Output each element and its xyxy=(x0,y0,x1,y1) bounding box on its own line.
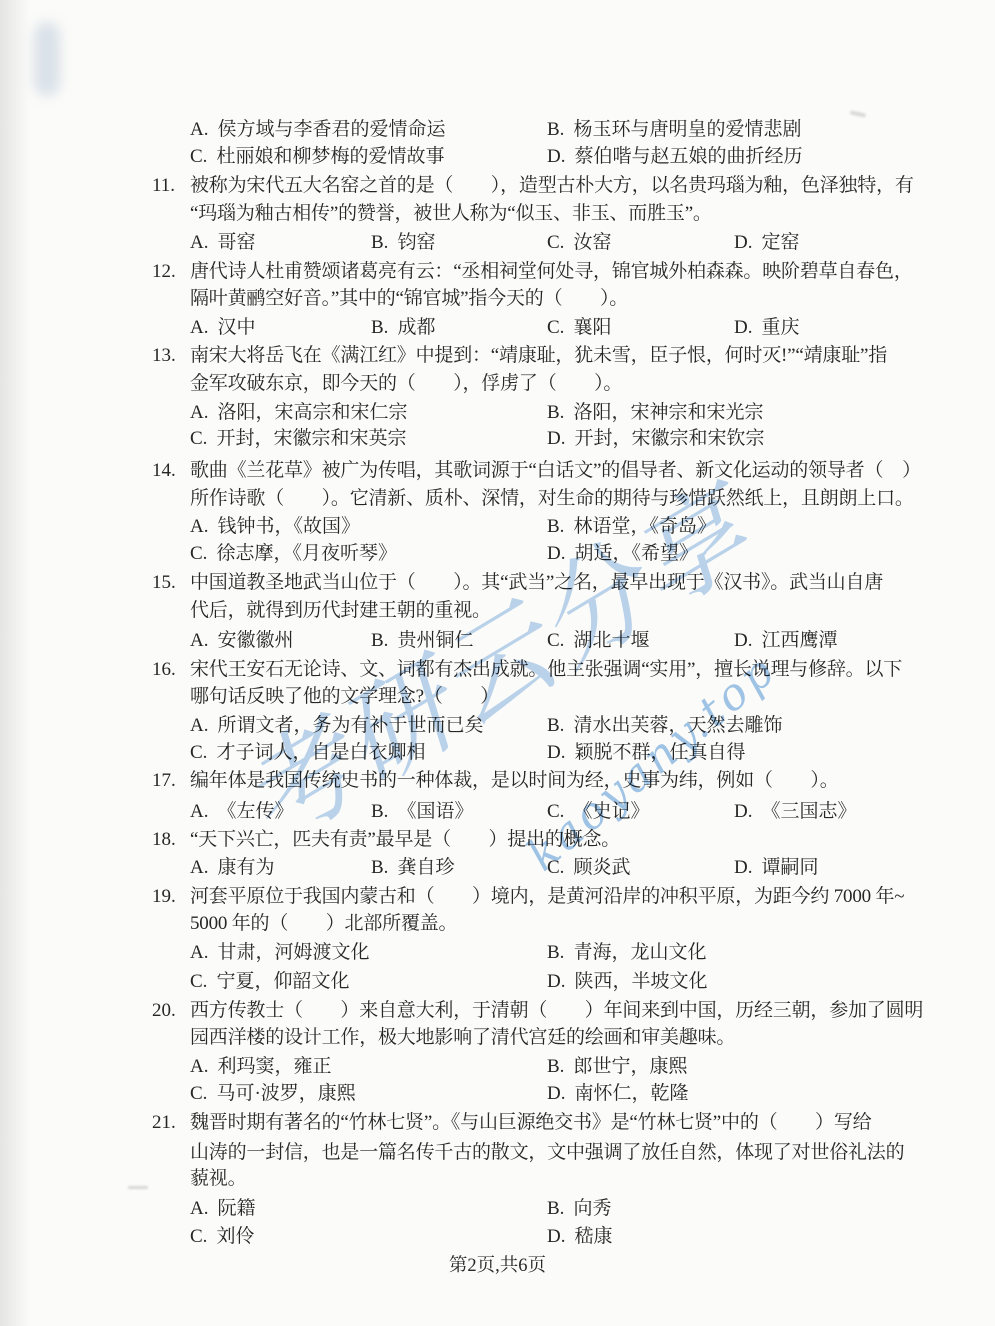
option-row: A.钱钟书，《故国》 B.林语堂，《奇岛》 xyxy=(140,512,970,541)
option-label: A. xyxy=(190,801,208,822)
option-text: 南怀仁，乾隆 xyxy=(574,1083,688,1104)
option-text: 杜丽娘和柳梦梅的爱情故事 xyxy=(216,146,444,167)
question-text: 山涛的一封信，也是一篇名传千古的散文，文中强调了放任自然，体现了对世俗礼法的 xyxy=(190,1138,904,1167)
option-label: A. xyxy=(190,630,208,651)
option-row: C.刘伶 D.嵇康 xyxy=(140,1222,970,1251)
option-label: D. xyxy=(734,630,752,651)
option: B.成都 xyxy=(371,313,435,342)
option-label: B. xyxy=(371,630,388,651)
option-text: 汉中 xyxy=(217,317,255,338)
option: B.林语堂，《奇岛》 xyxy=(547,512,716,541)
question-line: 哪句话反映了他的文学理念?（ ） xyxy=(140,682,970,711)
question-text: 南宋大将岳飞在《满江红》中提到：“靖康耻，犹未雪，臣子恨，何时灭!”“靖康耻”指 xyxy=(190,341,887,370)
option-label: B. xyxy=(547,715,564,736)
option-text: 才子词人，自是白衣卿相 xyxy=(216,742,425,763)
option: A.钱钟书，《故国》 xyxy=(190,512,360,541)
option-label: C. xyxy=(547,317,564,338)
option-text: 侯方域与李香君的爱情命运 xyxy=(217,119,445,140)
scanned-exam-page: A.侯方域与李香君的爱情命运 B.杨玉环与唐明皇的爱情悲剧 C.杜丽娘和柳梦梅的… xyxy=(0,0,995,1326)
option-label: D. xyxy=(547,742,565,763)
option-text: 利玛窦，雍正 xyxy=(217,1056,331,1077)
option-text: 清水出芙蓉，天然去雕饰 xyxy=(573,715,782,736)
option: A.《左传》 xyxy=(190,797,294,826)
option-text: 洛阳，宋高宗和宋仁宗 xyxy=(217,402,407,423)
question-number: 15. xyxy=(152,568,176,597)
option-label: D. xyxy=(547,428,565,449)
option: D.陕西，半坡文化 xyxy=(547,967,708,996)
option-text: 哥窑 xyxy=(217,232,255,253)
question-text: 哪句话反映了他的文学理念?（ ） xyxy=(190,682,499,711)
option: C.汝窑 xyxy=(547,228,611,257)
option-label: D. xyxy=(734,801,752,822)
option-text: 刘伶 xyxy=(216,1226,254,1247)
option-row: A.《左传》 B.《国语》 C.《史记》 D.《三国志》 xyxy=(140,797,970,826)
option-row: C.马可·波罗，康熙 D.南怀仁，乾隆 xyxy=(140,1079,970,1108)
question-text: 园西洋楼的设计工作，极大地影响了清代宫廷的绘画和审美趣味。 xyxy=(190,1023,735,1052)
option: B.龚自珍 xyxy=(371,853,454,882)
question-text: “玛瑙为釉古相传”的赞誉，被世人称为“似玉、非玉、而胜玉”。 xyxy=(190,199,712,228)
option: A.康有为 xyxy=(190,853,275,882)
question-text: 隔叶黄鹂空好音。”其中的“锦官城”指今天的（ ）。 xyxy=(190,284,628,313)
option-label: A. xyxy=(190,516,208,537)
option-label: C. xyxy=(547,857,564,878)
option: C.襄阳 xyxy=(547,313,611,342)
exam-content: A.侯方域与李香君的爱情命运 B.杨玉环与唐明皇的爱情悲剧 C.杜丽娘和柳梦梅的… xyxy=(0,0,995,1326)
option: D.《三国志》 xyxy=(734,797,857,826)
question-text: 河套平原位于我国内蒙古和（ ）境内，是黄河沿岸的冲积平原，为距今约 7000 年… xyxy=(190,882,904,911)
option-label: A. xyxy=(190,1198,208,1219)
option: A.阮籍 xyxy=(190,1194,256,1223)
option-text: 康有为 xyxy=(217,857,274,878)
option-label: B. xyxy=(547,942,564,963)
question-text: 藐视。 xyxy=(190,1164,246,1193)
option: B.《国语》 xyxy=(371,797,473,826)
question-line: 14. 歌曲《兰花草》被广为传唱，其歌词源于“白话文”的倡导者、新文化运动的领导… xyxy=(140,456,970,485)
option-text: 徐志摩，《月夜听琴》 xyxy=(216,543,397,564)
option: A.利玛窦，雍正 xyxy=(190,1052,332,1081)
question-text: 金军攻破东京，即今天的（ ），俘虏了（ ）。 xyxy=(190,369,622,398)
question-line: “玛瑙为釉古相传”的赞誉，被世人称为“似玉、非玉、而胜玉”。 xyxy=(140,199,970,228)
option-label: C. xyxy=(190,543,207,564)
question-text: “天下兴亡，匹夫有责”最早是（ ）提出的概念。 xyxy=(190,825,620,854)
option-row: A.康有为 B.龚自珍 C.顾炎武 D.谭嗣同 xyxy=(140,853,970,882)
question-text: 西方传教士（ ）来自意大利，于清朝（ ）年间来到中国，历经三朝，参加了圆明 xyxy=(190,996,923,1025)
option-text: 胡适，《希望》 xyxy=(574,543,698,564)
question-line: 金军攻破东京，即今天的（ ），俘虏了（ ）。 xyxy=(140,369,970,398)
option-text: 《国语》 xyxy=(397,801,473,822)
option-row: C.才子词人，自是白衣卿相 D.颖脱不群，任真自得 xyxy=(140,738,970,767)
option-label: B. xyxy=(547,402,564,423)
option-row: A.阮籍 B.向秀 xyxy=(140,1194,970,1223)
option: D.定窑 xyxy=(734,228,800,257)
option-text: 贵州铜仁 xyxy=(397,630,473,651)
option: D.南怀仁，乾隆 xyxy=(547,1079,689,1108)
option-text: 开封，宋徽宗和宋英宗 xyxy=(216,428,406,449)
option: B.清水出芙蓉，天然去雕饰 xyxy=(547,711,782,740)
question-line: 藐视。 xyxy=(140,1164,970,1193)
option-label: B. xyxy=(547,119,564,140)
option-row: A.安徽徽州 B.贵州铜仁 C.湖北十堰 D.江西鹰潭 xyxy=(140,626,970,655)
question-text: 编年体是我国传统史书的一种体裁，是以时间为经，史事为纬，例如（ ）。 xyxy=(190,766,839,795)
option: C.才子词人，自是白衣卿相 xyxy=(190,738,425,767)
question-text: 被称为宋代五大名窑之首的是（ ），造型古朴大方，以名贵玛瑙为釉，色泽独特，有 xyxy=(190,171,914,200)
option: D.蔡伯喈与赵五娘的曲折经历 xyxy=(547,142,803,171)
question-number: 16. xyxy=(152,655,176,684)
question-number: 12. xyxy=(152,257,176,286)
question-text: 宋代王安石无论诗、文、词都有杰出成就。他主张强调“实用”，擅长说理与修辞。以下 xyxy=(190,655,902,684)
option-row: C.宁夏，仰韶文化 D.陕西，半坡文化 xyxy=(140,967,970,996)
option: A.洛阳，宋高宗和宋仁宗 xyxy=(190,398,408,427)
question-number: 14. xyxy=(152,456,176,485)
option-text: 《左传》 xyxy=(217,801,293,822)
option-text: 定窑 xyxy=(761,232,799,253)
question-number: 20. xyxy=(152,996,176,1025)
option-label: A. xyxy=(190,715,208,736)
question-number: 21. xyxy=(152,1108,176,1137)
option-text: 所谓文者，务为有补于世而已矣 xyxy=(217,715,483,736)
option-label: A. xyxy=(190,317,208,338)
option-label: A. xyxy=(190,857,208,878)
option-text: 湖北十堰 xyxy=(573,630,649,651)
option-label: B. xyxy=(371,857,388,878)
option-label: C. xyxy=(547,630,564,651)
question-line: 5000 年的（ ）北部所覆盖。 xyxy=(140,909,970,938)
option-text: 钧窑 xyxy=(397,232,435,253)
question-text: 唐代诗人杜甫赞颂诸葛亮有云：“丞相祠堂何处寻，锦官城外柏森森。映阶碧草自春色， xyxy=(190,257,913,286)
option-text: 马可·波罗，康熙 xyxy=(216,1083,355,1104)
option-label: A. xyxy=(190,232,208,253)
option: B.郎世宁，康熙 xyxy=(547,1052,687,1081)
option-text: 杨玉环与唐明皇的爱情悲剧 xyxy=(573,119,801,140)
option: C.马可·波罗，康熙 xyxy=(190,1079,356,1108)
option: D.颖脱不群，任真自得 xyxy=(547,738,746,767)
option-label: D. xyxy=(734,232,752,253)
option-text: 顾炎武 xyxy=(573,857,630,878)
option-text: 汝窑 xyxy=(573,232,611,253)
option: A.侯方域与李香君的爱情命运 xyxy=(190,115,446,144)
question-text: 歌曲《兰花草》被广为传唱，其歌词源于“白话文”的倡导者、新文化运动的领导者（ ） xyxy=(190,456,921,485)
question-line: 20. 西方传教士（ ）来自意大利，于清朝（ ）年间来到中国，历经三朝，参加了圆… xyxy=(140,996,970,1025)
option-text: 江西鹰潭 xyxy=(761,630,837,651)
option-label: B. xyxy=(371,232,388,253)
option: A.汉中 xyxy=(190,313,256,342)
question-number: 17. xyxy=(152,766,176,795)
option-row: C.徐志摩，《月夜听琴》 D.胡适，《希望》 xyxy=(140,539,970,568)
question-line: 12. 唐代诗人杜甫赞颂诸葛亮有云：“丞相祠堂何处寻，锦官城外柏森森。映阶碧草自… xyxy=(140,257,970,286)
option-row: A.洛阳，宋高宗和宋仁宗 B.洛阳，宋神宗和宋光宗 xyxy=(140,398,970,427)
option: C.开封，宋徽宗和宋英宗 xyxy=(190,424,406,453)
option: B.洛阳，宋神宗和宋光宗 xyxy=(547,398,763,427)
option: A.安徽徽州 xyxy=(190,626,294,655)
option-row: A.所谓文者，务为有补于世而已矣 B.清水出芙蓉，天然去雕饰 xyxy=(140,711,970,740)
option-text: 开封，宋徽宗和宋钦宗 xyxy=(574,428,764,449)
option-label: A. xyxy=(190,119,208,140)
option-label: C. xyxy=(547,801,564,822)
option-text: 嵇康 xyxy=(574,1226,612,1247)
option-row: C.开封，宋徽宗和宋英宗 D.开封，宋徽宗和宋钦宗 xyxy=(140,424,970,453)
option-label: B. xyxy=(547,1056,564,1077)
option: D.嵇康 xyxy=(547,1222,613,1251)
option: D.重庆 xyxy=(734,313,800,342)
option: B.钧窑 xyxy=(371,228,435,257)
question-line: 隔叶黄鹂空好音。”其中的“锦官城”指今天的（ ）。 xyxy=(140,284,970,313)
question-line: 园西洋楼的设计工作，极大地影响了清代宫廷的绘画和审美趣味。 xyxy=(140,1023,970,1052)
option: C.顾炎武 xyxy=(547,853,630,882)
option-row: C.杜丽娘和柳梦梅的爱情故事 D.蔡伯喈与赵五娘的曲折经历 xyxy=(140,142,970,171)
question-number: 13. xyxy=(152,341,176,370)
option: B.杨玉环与唐明皇的爱情悲剧 xyxy=(547,115,801,144)
question-line: 21. 魏晋时期有著名的“竹林七贤”。《与山巨源绝交书》是“竹林七贤”中的（ ）… xyxy=(140,1108,970,1137)
question-line: 18. “天下兴亡，匹夫有责”最早是（ ）提出的概念。 xyxy=(140,825,970,854)
option: B.向秀 xyxy=(547,1194,611,1223)
option: D.谭嗣同 xyxy=(734,853,819,882)
option-text: 林语堂，《奇岛》 xyxy=(573,516,716,537)
option-text: 颖脱不群，任真自得 xyxy=(574,742,745,763)
option-text: 安徽徽州 xyxy=(217,630,293,651)
option: C.《史记》 xyxy=(547,797,649,826)
option-label: C. xyxy=(190,1083,207,1104)
question-line: 山涛的一封信，也是一篇名传千古的散文，文中强调了放任自然，体现了对世俗礼法的 xyxy=(140,1138,970,1167)
question-line: 代后，就得到历代封建王朝的重视。 xyxy=(140,596,970,625)
option: C.刘伶 xyxy=(190,1222,254,1251)
option-label: C. xyxy=(190,971,207,992)
option: A.所谓文者，务为有补于世而已矣 xyxy=(190,711,484,740)
option-text: 洛阳，宋神宗和宋光宗 xyxy=(573,402,763,423)
option-text: 成都 xyxy=(397,317,435,338)
option-text: 蔡伯喈与赵五娘的曲折经历 xyxy=(574,146,802,167)
option-text: 陕西，半坡文化 xyxy=(574,971,707,992)
option-label: C. xyxy=(547,232,564,253)
question-text: 5000 年的（ ）北部所覆盖。 xyxy=(190,909,457,938)
option-row: A.甘肃，河姆渡文化 B.青海，龙山文化 xyxy=(140,938,970,967)
option-label: C. xyxy=(190,146,207,167)
option-label: C. xyxy=(190,428,207,449)
option-text: 襄阳 xyxy=(573,317,611,338)
option-label: D. xyxy=(547,1083,565,1104)
question-line: 所作诗歌（ ）。它清新、质朴、深情，对生命的期待与珍惜跃然纸上，且朗朗上口。 xyxy=(140,484,970,513)
option: D.开封，宋徽宗和宋钦宗 xyxy=(547,424,765,453)
option-label: D. xyxy=(547,971,565,992)
option-text: 钱钟书，《故国》 xyxy=(217,516,360,537)
option: C.杜丽娘和柳梦梅的爱情故事 xyxy=(190,142,444,171)
question-line: 19. 河套平原位于我国内蒙古和（ ）境内，是黄河沿岸的冲积平原，为距今约 70… xyxy=(140,882,970,911)
option-text: 甘肃，河姆渡文化 xyxy=(217,942,369,963)
option-row: A.汉中 B.成都 C.襄阳 D.重庆 xyxy=(140,313,970,342)
question-text: 中国道教圣地武当山位于（ ）。其“武当”之名，最早出现于《汉书》。武当山自唐 xyxy=(190,568,883,597)
option-text: 宁夏，仰韶文化 xyxy=(216,971,349,992)
option-text: 《史记》 xyxy=(573,801,649,822)
option: B.青海，龙山文化 xyxy=(547,938,706,967)
option-label: D. xyxy=(547,1226,565,1247)
question-text: 代后，就得到历代封建王朝的重视。 xyxy=(190,596,491,625)
question-line: 17. 编年体是我国传统史书的一种体裁，是以时间为经，史事为纬，例如（ ）。 xyxy=(140,766,970,795)
option-text: 阮籍 xyxy=(217,1198,255,1219)
option: A.甘肃，河姆渡文化 xyxy=(190,938,370,967)
option-label: D. xyxy=(547,543,565,564)
option-text: 重庆 xyxy=(761,317,799,338)
option-label: C. xyxy=(190,1226,207,1247)
question-line: 16. 宋代王安石无论诗、文、词都有杰出成就。他主张强调“实用”，擅长说理与修辞… xyxy=(140,655,970,684)
option-label: D. xyxy=(547,146,565,167)
option-text: 龚自珍 xyxy=(397,857,454,878)
question-number: 18. xyxy=(152,825,176,854)
question-text: 所作诗歌（ ）。它清新、质朴、深情，对生命的期待与珍惜跃然纸上，且朗朗上口。 xyxy=(190,484,914,513)
option: C.湖北十堰 xyxy=(547,626,649,655)
option-label: D. xyxy=(734,857,752,878)
option-row: A.哥窑 B.钧窑 C.汝窑 D.定窑 xyxy=(140,228,970,257)
option-label: B. xyxy=(371,317,388,338)
option-text: 向秀 xyxy=(573,1198,611,1219)
question-number: 19. xyxy=(152,882,176,911)
option: C.宁夏，仰韶文化 xyxy=(190,967,349,996)
option-row: A.侯方域与李香君的爱情命运 B.杨玉环与唐明皇的爱情悲剧 xyxy=(140,115,970,144)
page-number-label: 第2页,共6页 xyxy=(449,1256,546,1276)
question-line: 11. 被称为宋代五大名窑之首的是（ ），造型古朴大方，以名贵玛瑙为釉，色泽独特… xyxy=(140,171,970,200)
option-label: A. xyxy=(190,402,208,423)
option-text: 青海，龙山文化 xyxy=(573,942,706,963)
option-text: 谭嗣同 xyxy=(761,857,818,878)
option: D.江西鹰潭 xyxy=(734,626,838,655)
option-label: B. xyxy=(547,1198,564,1219)
question-text: 魏晋时期有著名的“竹林七贤”。《与山巨源绝交书》是“竹林七贤”中的（ ）写给 xyxy=(190,1108,871,1137)
option-label: D. xyxy=(734,317,752,338)
option-label: A. xyxy=(190,1056,208,1077)
option: D.胡适，《希望》 xyxy=(547,539,698,568)
option-row: A.利玛窦，雍正 B.郎世宁，康熙 xyxy=(140,1052,970,1081)
option-text: 《三国志》 xyxy=(761,801,856,822)
option-label: C. xyxy=(190,742,207,763)
option-label: B. xyxy=(371,801,388,822)
option: B.贵州铜仁 xyxy=(371,626,473,655)
question-number: 11. xyxy=(152,171,175,200)
option-label: A. xyxy=(190,942,208,963)
option-label: B. xyxy=(547,516,564,537)
option: A.哥窑 xyxy=(190,228,256,257)
question-line: 15. 中国道教圣地武当山位于（ ）。其“武当”之名，最早出现于《汉书》。武当山… xyxy=(140,568,970,597)
option-text: 郎世宁，康熙 xyxy=(573,1056,687,1077)
option: C.徐志摩，《月夜听琴》 xyxy=(190,539,397,568)
page-footer: 第2页,共6页 xyxy=(0,1252,995,1281)
question-line: 13. 南宋大将岳飞在《满江红》中提到：“靖康耻，犹未雪，臣子恨，何时灭!”“靖… xyxy=(140,341,970,370)
